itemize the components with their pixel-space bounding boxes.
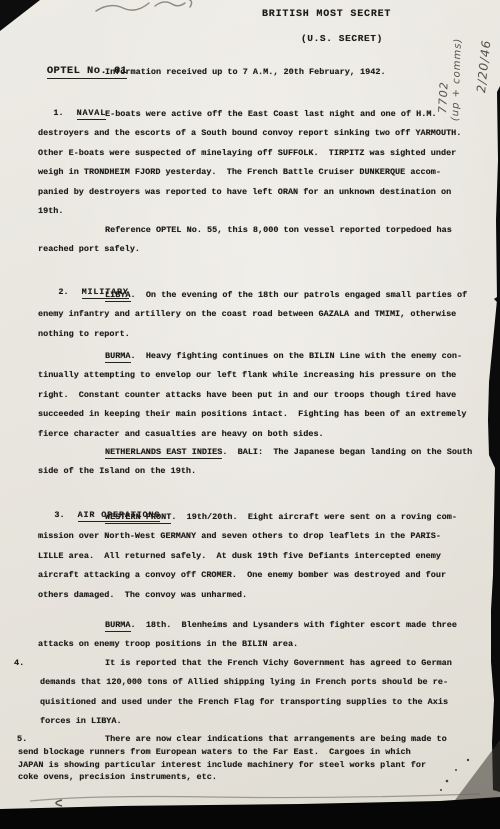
bottom-scan-band <box>0 797 500 829</box>
report-info-line: Information received up to 7 A.M., 20th … <box>105 63 386 82</box>
classification-secondary: (U.S. SECRET) <box>301 29 383 48</box>
paragraph-text: . BALI: The Japanese began landing on th… <box>38 447 472 476</box>
handwritten-note-1: 7702 <box>436 81 451 114</box>
handwritten-note-3: 2/20/46 <box>474 39 493 93</box>
paragraph-4-number: 4. <box>14 654 24 673</box>
naval-paragraph-1: E-boats were active off the East Coast l… <box>38 105 461 221</box>
paragraph-text: . On the evening of the 18th our patrols… <box>38 290 467 339</box>
paragraph-5-text: There are now clear indications that arr… <box>18 733 447 784</box>
corner-shadow <box>455 740 500 805</box>
smear-line <box>30 794 480 801</box>
paragraph-text: . Heavy fighting continues on the BILIN … <box>38 351 466 439</box>
paragraph-lead: NETHERLANDS EAST INDIES <box>105 447 222 459</box>
corner-fold-artifact <box>0 0 40 31</box>
military-burma-paragraph: BURMA. Heavy fighting continues on the B… <box>38 347 466 444</box>
paragraph-4-text: It is reported that the French Vichy Gov… <box>40 654 452 732</box>
classification-primary: BRITISH MOST SECRET <box>262 5 391 24</box>
scanned-document-page: BRITISH MOST SECRET (U.S. SECRET) OPTEL … <box>0 0 500 829</box>
naval-paragraph-2: Reference OPTEL No. 55, this 8,000 ton v… <box>38 221 452 260</box>
air-burma-paragraph: BURMA. 18th. Blenheims and Lysanders wit… <box>38 616 457 655</box>
paragraph-text: . 18th. Blenheims and Lysanders with fig… <box>38 620 457 649</box>
military-nei-paragraph: NETHERLANDS EAST INDIES. BALI: The Japan… <box>38 443 472 482</box>
paragraph-lead: BURMA <box>105 620 131 632</box>
paragraph-lead: BURMA <box>105 351 131 363</box>
military-libya-paragraph: LIBYA. On the evening of the 18th our pa… <box>38 286 467 344</box>
right-edge-artifact <box>488 86 500 792</box>
paragraph-lead: LIBYA <box>105 290 131 302</box>
pencil-mark-bottom <box>56 800 62 806</box>
right-edge-nick <box>494 295 500 305</box>
air-western-front-paragraph: WESTERN FRONT. 19th/20th. Eight aircraft… <box>38 508 457 605</box>
paragraph-lead: WESTERN FRONT <box>105 512 171 524</box>
paragraph-text: . 19th/20th. Eight aircraft were sent on… <box>38 512 457 600</box>
pencil-scribble <box>96 0 192 11</box>
handwritten-note-2: (up + comms) <box>450 38 464 122</box>
